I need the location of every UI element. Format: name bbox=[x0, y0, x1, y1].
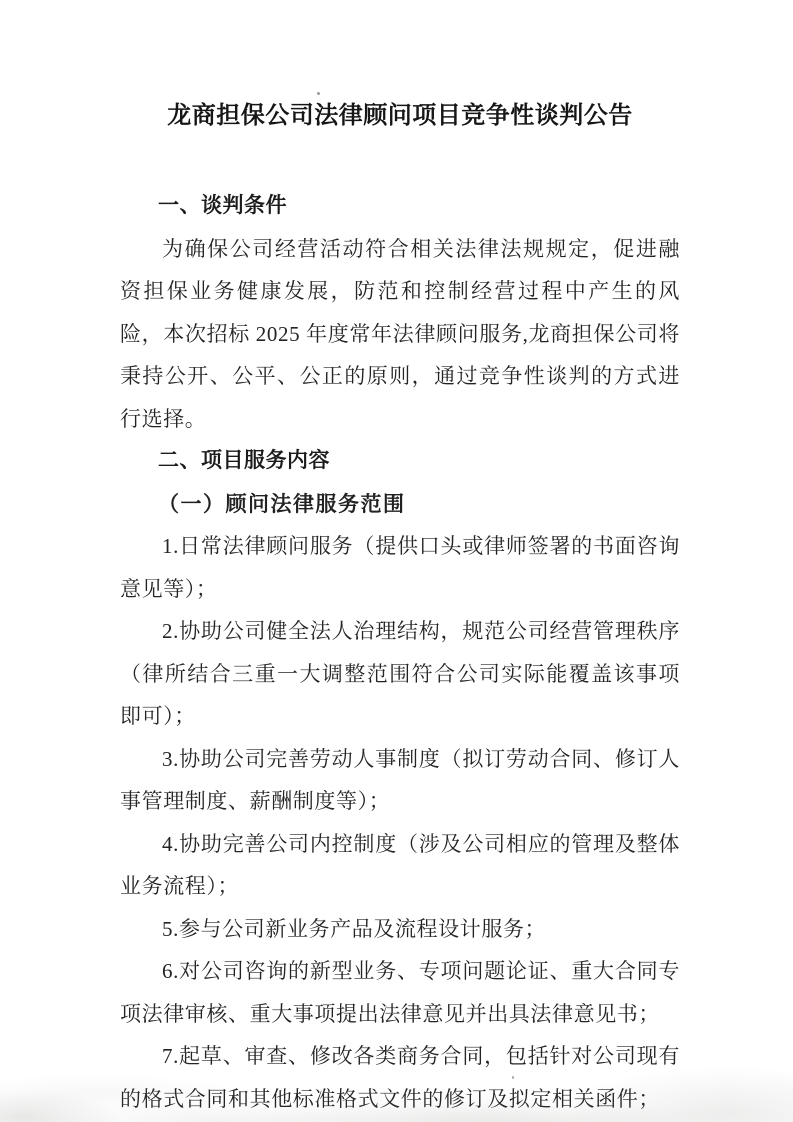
page-title: 龙商担保公司法律顾问项目竞争性谈判公告 bbox=[120, 97, 680, 135]
service-scope-subheading: （一）顾问法律服务范围 bbox=[120, 483, 680, 526]
document-page: 龙商担保公司法律顾问项目竞争性谈判公告 一、谈判条件 为确保公司经营活动符合相关… bbox=[0, 0, 793, 1122]
ink-speck bbox=[317, 92, 320, 95]
service-item-3: 3.协助公司完善劳动人事制度（拟订劳动合同、修订人事管理制度、薪酬制度等）； bbox=[120, 738, 680, 823]
service-item-6: 6.对公司咨询的新型业务、专项问题论证、重大合同专项法律审核、重大事项提出法律意… bbox=[120, 950, 680, 1035]
service-item-1: 1.日常法律顾问服务（提供口头或律师签署的书面咨询意见等）； bbox=[120, 525, 680, 610]
service-item-4: 4.协助完善公司内控制度（涉及公司相应的管理及整体业务流程）； bbox=[120, 823, 680, 908]
ink-speck bbox=[512, 1076, 514, 1079]
section-service-content-heading: 二、项目服务内容 bbox=[120, 440, 680, 483]
negotiation-conditions-paragraph: 为确保公司经营活动符合相关法律法规规定，促进融资担保业务健康发展，防范和控制经营… bbox=[120, 228, 680, 441]
service-item-5: 5.参与公司新业务产品及流程设计服务； bbox=[120, 908, 680, 951]
section-negotiation-conditions-heading: 一、谈判条件 bbox=[120, 185, 680, 228]
service-item-7: 7.起草、审查、修改各类商务合同，包括针对公司现有的格式合同和其他标准格式文件的… bbox=[120, 1035, 680, 1120]
document-content: 龙商担保公司法律顾问项目竞争性谈判公告 一、谈判条件 为确保公司经营活动符合相关… bbox=[0, 0, 793, 1120]
service-item-2: 2.协助公司健全法人治理结构，规范公司经营管理秩序（律所结合三重一大调整范围符合… bbox=[120, 610, 680, 738]
